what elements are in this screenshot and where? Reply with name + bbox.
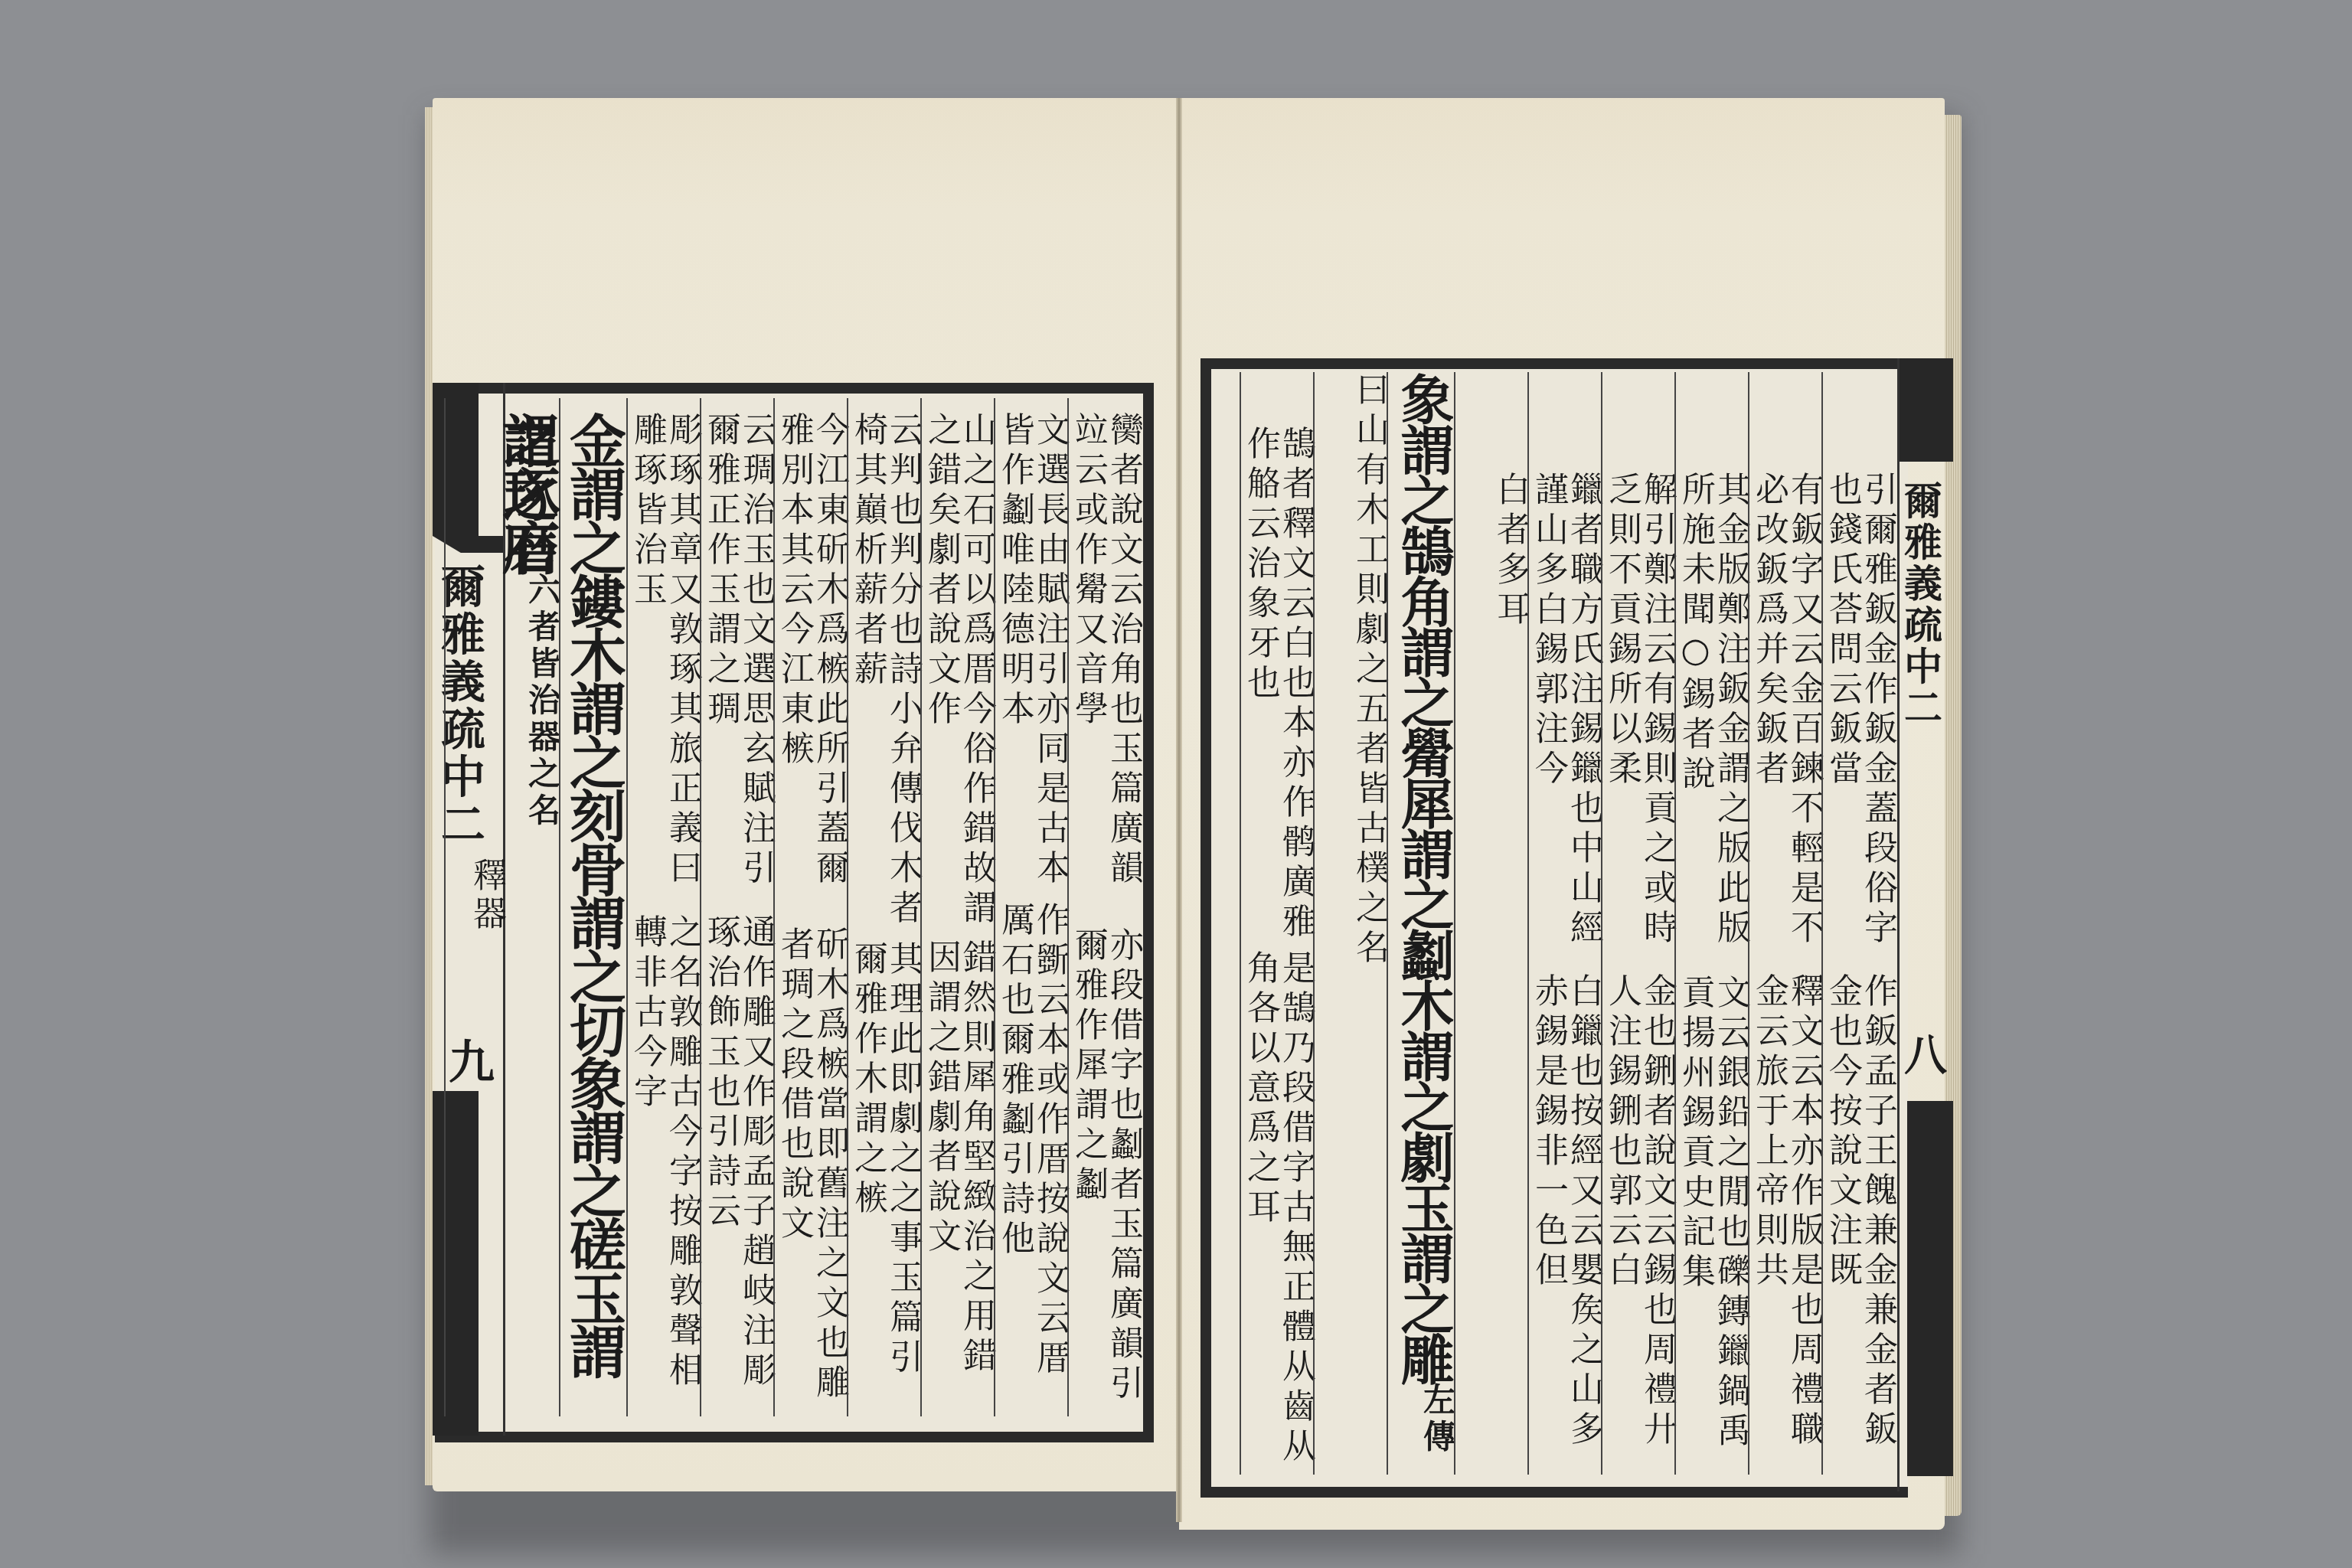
commentary-line: 錯然則犀角堅緻治之用錯因謂之錯劇者說文 xyxy=(922,939,994,1416)
commentary-line: 鵠者釋文云白也本亦作鹘廣雅作觡云治象牙也 xyxy=(1241,426,1313,950)
headword-text: 象謂之鵠角謂之觷犀謂之劙木謂之劇玉謂之雕 xyxy=(1388,372,1454,1383)
commentary-column: 彫琢其章又敦琢其旅正義曰雕琢皆治玉 之名敦雕古今字按雕敦聲相轉非古今字 xyxy=(626,398,700,1416)
commentary-column: 曰山有木工則劇之 五者皆古樸之名 xyxy=(1313,372,1387,1475)
commentary-line: 臠者說文云治角也玉篇廣韻竝云或作觷又音學 xyxy=(1069,412,1141,927)
commentary-line: 其理此即劇之之事玉篇引爾雅作木謂之槉 xyxy=(848,941,920,1416)
commentary-line: 解引鄭注云有錫則貢之或時乏則不貢錫所以柔 xyxy=(1602,472,1674,973)
right-banxin: 爾雅義疏中二 八 xyxy=(1897,358,1953,1491)
lower-fish-tail xyxy=(1907,1101,1953,1476)
commentary-column: 云判也判分也詩小弁傳伐木者椅其巔析薪者薪 其理此即劇之之事玉篇引爾雅作木謂之槉 xyxy=(847,398,920,1416)
commentary-line: 通作雕又作彫孟子趙岐注彫琢治飾玉也引詩云 xyxy=(701,914,773,1416)
commentary-line: 是鵠乃段借字古無正體从齒从角各以意爲之耳 xyxy=(1241,950,1313,1475)
commentary-line: 作鈑孟子王餽兼金兼金者鈑金也今按說文注既 xyxy=(1823,973,1895,1475)
commentary-line: 曰山有木工則劇之 xyxy=(1315,372,1387,691)
commentary-line: 作斵云本或作厝按說文云厝厲石也爾雅劙引詩他 xyxy=(995,902,1067,1416)
commentary-line: 之名敦雕古今字按雕敦聲相轉非古今字 xyxy=(628,914,700,1416)
upper-fish-tail xyxy=(1900,358,1953,462)
commentary-line: 多耳 xyxy=(1455,551,1527,631)
commentary-line: 文選長由賦注引亦同是古本皆作劙唯陸德明本 xyxy=(995,412,1067,902)
commentary-line: 白鑞也按經又云嬰矦之山多赤錫是錫非一色但 xyxy=(1529,973,1601,1475)
commentary-line: 有鈑字又云金百鍊不輕是不必改鈑爲并矣鈑者 xyxy=(1749,472,1821,973)
commentary-column: 鑞者職方氏注錫鑞也中山經謹山多白錫郭注今 白鑞也按經又云嬰矦之山多赤錫是錫非一色… xyxy=(1527,372,1601,1475)
commentary-line: 云琱治玉也文選思玄賦注引爾雅正作玉謂之琱 xyxy=(701,412,773,914)
commentary-line: 五者皆古樸之名 xyxy=(1315,691,1387,969)
banxin-book-title: 爾雅義疏中二 xyxy=(1901,481,1939,729)
commentary-line: 鑞者職方氏注錫鑞也中山經謹山多白錫郭注今 xyxy=(1529,472,1601,973)
commentary-column: 白者 多耳 xyxy=(1454,372,1527,1475)
banxin-folio: 八 xyxy=(1901,1032,1944,1080)
commentary-line: 其金版鄭注鈑金謂之版此版所施未聞○錫者說 xyxy=(1676,472,1748,975)
commentary-line: 釋文云本亦作版是也周禮職金云旅于上帝則共 xyxy=(1749,973,1821,1475)
headword-column: 金謂之鏤木謂之刻骨謂之切象謂之磋玉謂之琢石 xyxy=(559,398,626,1416)
commentary-line: 彫琢其章又敦琢其旅正義曰雕琢皆治玉 xyxy=(628,412,700,914)
commentary-column: 山之石可以爲厝今俗作錯故謂之錯矣劇者說文作 錯然則犀角堅緻治之用錯因謂之錯劇者說… xyxy=(920,398,994,1416)
commentary-line: 山之石可以爲厝今俗作錯故謂之錯矣劇者說文作 xyxy=(922,412,994,939)
commentary-line: 金也鉶者說文云錫也周禮廾人注錫鉶也郭云白 xyxy=(1602,973,1674,1475)
commentary-line: 白者 xyxy=(1455,472,1527,551)
right-text-columns: 引爾雅鈑金作鈑金蓋段俗字也錢氏荅問云鈑當 作鈑孟子王餽兼金兼金者鈑金也今按說文注… xyxy=(1214,372,1895,1475)
commentary-column: 引爾雅鈑金作鈑金蓋段俗字也錢氏荅問云鈑當 作鈑孟子王餽兼金兼金者鈑金也今按說文注… xyxy=(1821,372,1895,1475)
commentary-column: 有鈑字又云金百鍊不輕是不必改鈑爲并矣鈑者 釋文云本亦作版是也周禮職金云旅于上帝則… xyxy=(1748,372,1821,1475)
inline-note-line: 六者皆治 xyxy=(446,573,559,720)
inline-note-line: 左傳 xyxy=(1388,1383,1454,1456)
commentary-line: 引爾雅鈑金作鈑金蓋段俗字也錢氏荅問云鈑當 xyxy=(1823,472,1895,973)
inline-note-line: 器之名 xyxy=(446,720,559,830)
commentary-column: 解引鄭注云有錫則貢之或時乏則不貢錫所以柔 金也鉶者說文云錫也周禮廾人注錫鉶也郭云… xyxy=(1601,372,1674,1475)
commentary-column: 文選長由賦注引亦同是古本皆作劙唯陸德明本 作斵云本或作厝按說文云厝厲石也爾雅劙引… xyxy=(994,398,1067,1416)
commentary-line: 亦段借字也劙者玉篇廣韻引爾雅作犀謂之劙 xyxy=(1069,927,1141,1416)
commentary-line: 斫木爲槉當即舊注之文也雕者琱之段借也說文 xyxy=(775,926,847,1416)
commentary-column: 鵠者釋文云白也本亦作鹘廣雅作觡云治象牙也 是鵠乃段借字古無正體从齒从角各以意爲之… xyxy=(1240,372,1313,1475)
commentary-line: 今江東斫木爲槉此所引蓋爾雅別本其云今江東槉 xyxy=(775,412,847,926)
book-gutter xyxy=(1176,98,1182,1522)
commentary-column: 其金版鄭注鈑金謂之版此版所施未聞○錫者說 文云銀鉛之閒也礫鏄鑞鍋禹貢揚州錫貢史記… xyxy=(1674,372,1748,1475)
commentary-column: 今江東斫木爲槉此所引蓋爾雅別本其云今江東槉 斫木爲槉當即舊注之文也雕者琱之段借也… xyxy=(773,398,847,1416)
commentary-column: 云琱治玉也文選思玄賦注引爾雅正作玉謂之琱 通作雕又作彫孟子趙岐注彫琢治飾玉也引詩… xyxy=(700,398,773,1416)
headword-column: 象謂之鵠角謂之觷犀謂之劙木謂之劇玉謂之雕 左傳 xyxy=(1387,372,1454,1475)
commentary-line: 云判也判分也詩小弁傳伐木者椅其巔析薪者薪 xyxy=(848,412,920,941)
commentary-column: 臠者說文云治角也玉篇廣韻竝云或作觷又音學 亦段借字也劙者玉篇廣韻引爾雅作犀謂之劙 xyxy=(1067,398,1141,1416)
inline-note: 左傳 xyxy=(1388,1383,1454,1456)
commentary-line: 文云銀鉛之閒也礫鏄鑞鍋禹貢揚州錫貢史記集 xyxy=(1676,975,1748,1475)
left-text-columns: 臠者說文云治角也玉篇廣韻竝云或作觷又音學 亦段借字也劙者玉篇廣韻引爾雅作犀謂之劙… xyxy=(475,398,1141,1416)
inline-note: 六者皆治 器之名 xyxy=(446,573,559,830)
headword-text: 金謂之鏤木謂之刻骨謂之切象謂之磋玉謂之琢石 xyxy=(560,412,626,1416)
